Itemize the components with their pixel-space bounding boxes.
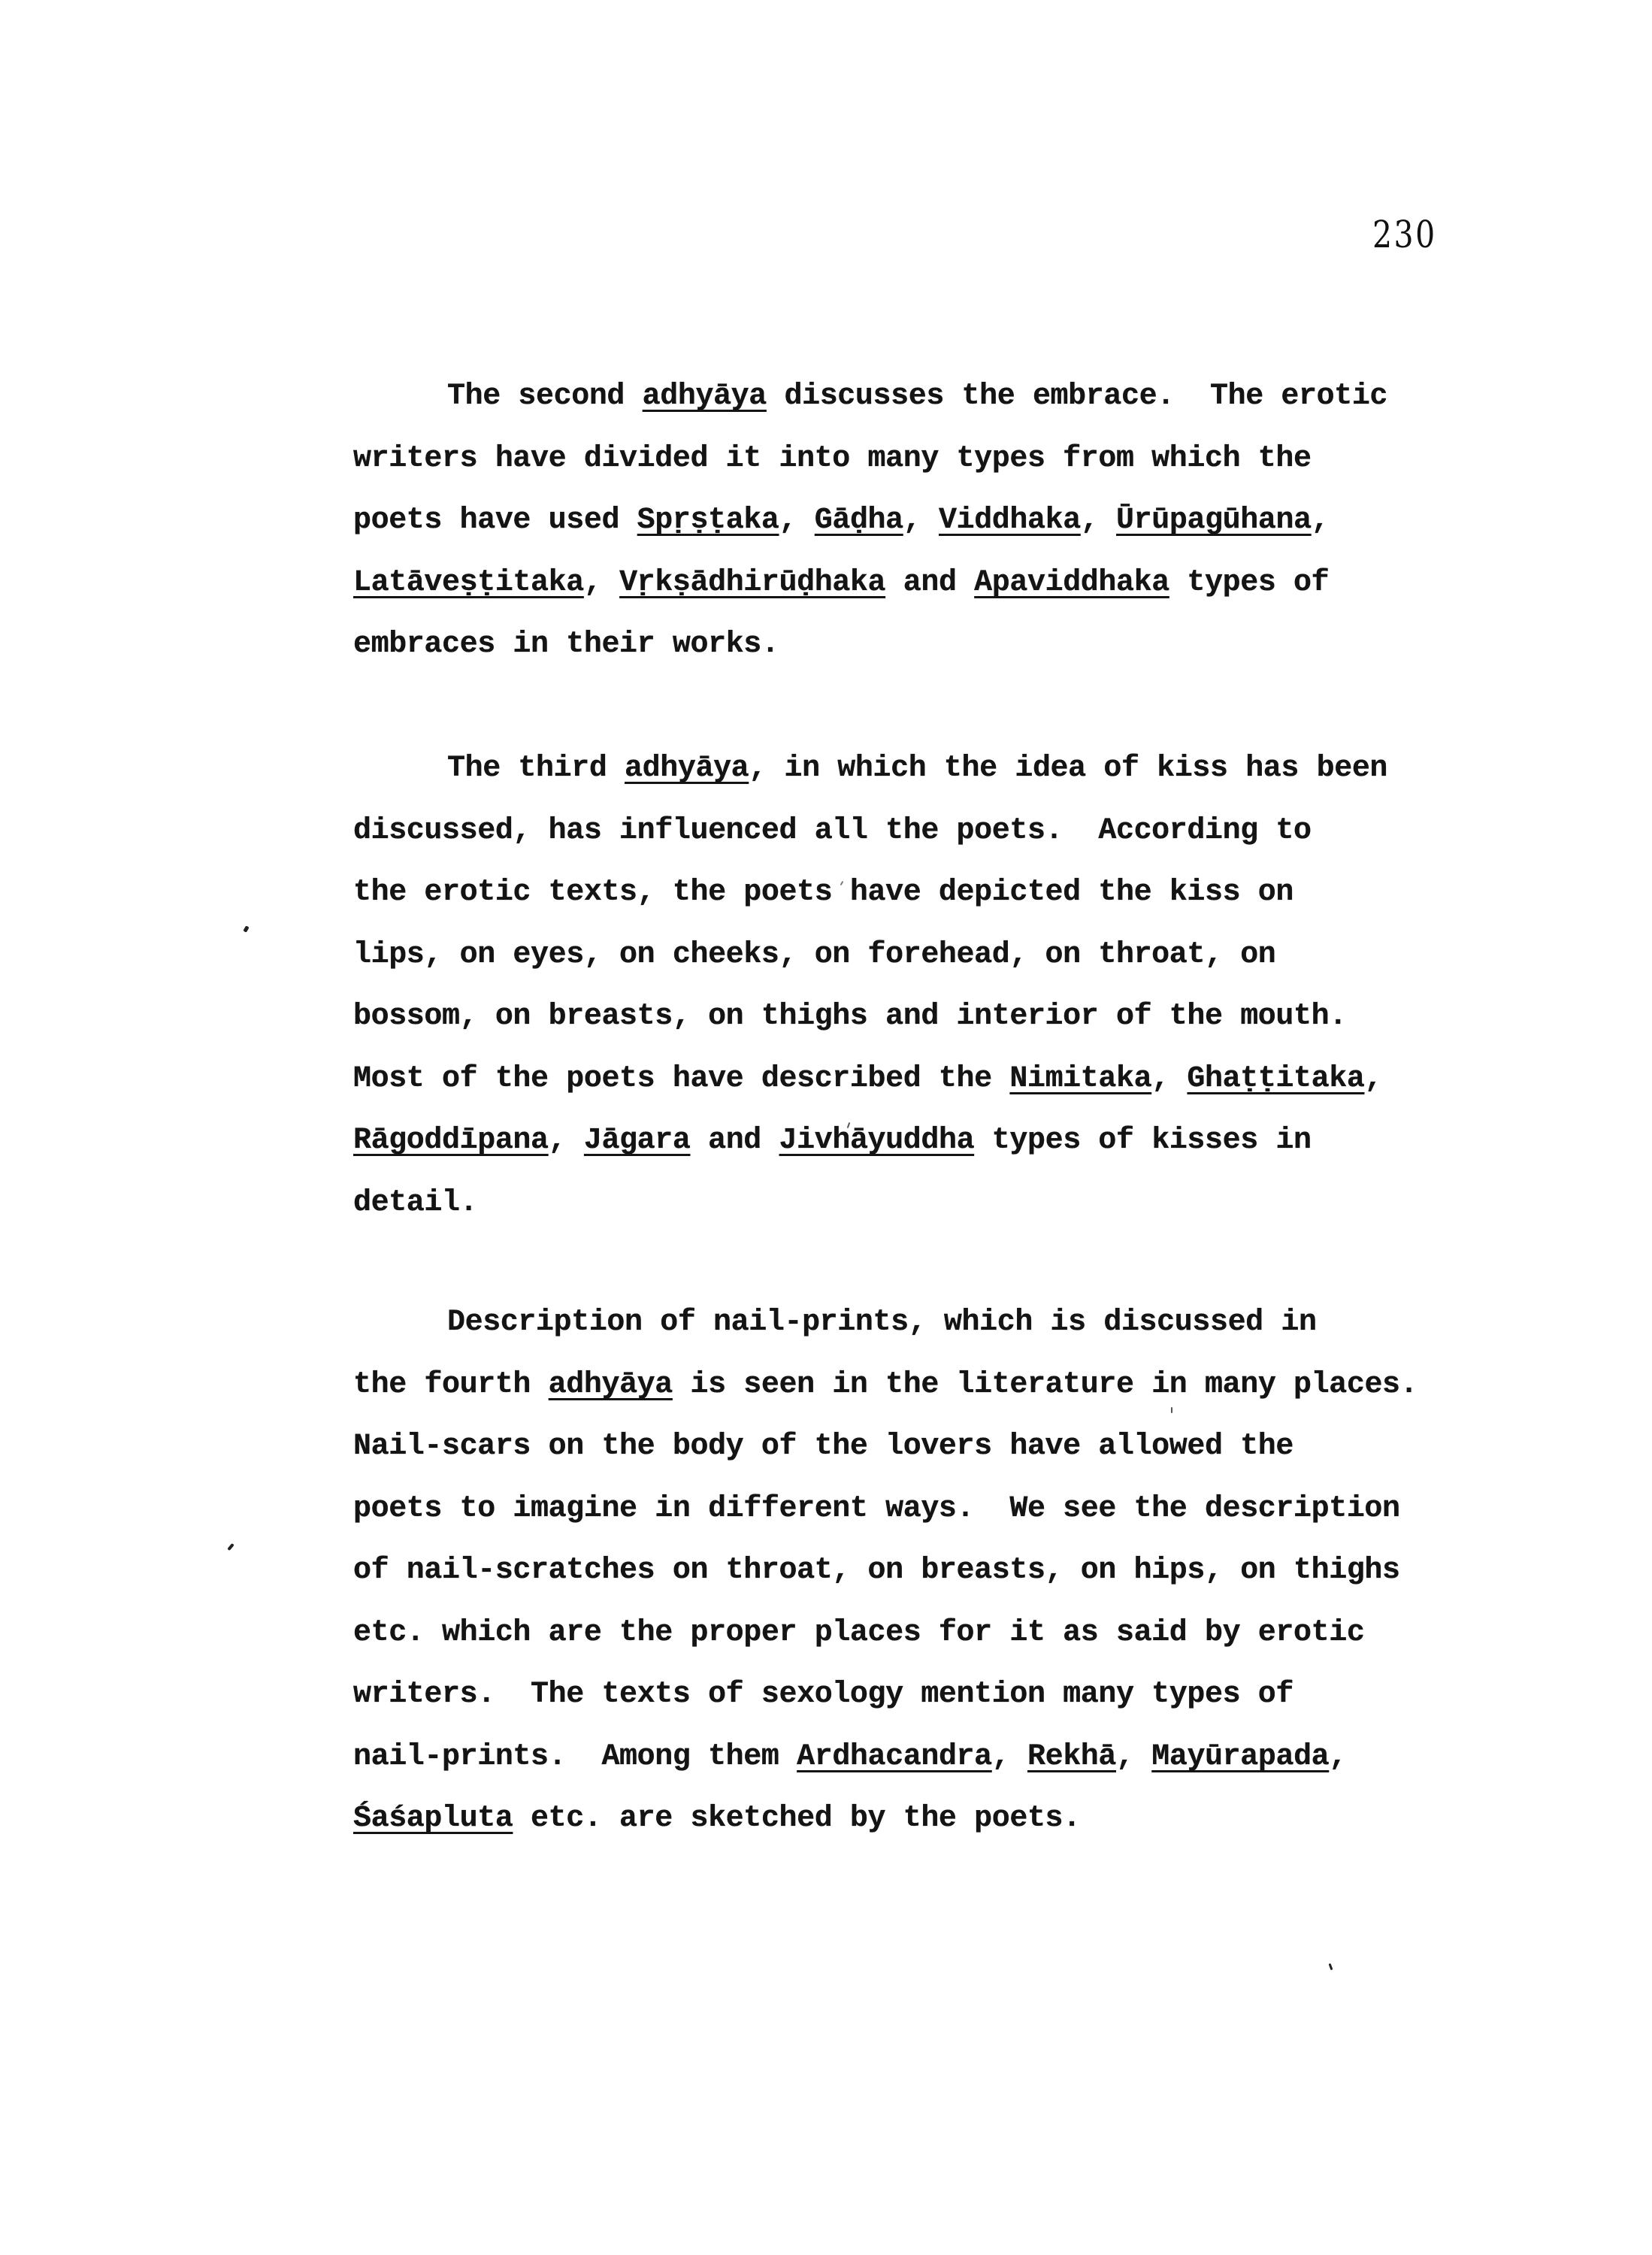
text-run: , (779, 504, 815, 537)
text-run: bossom, on breasts, on thighs and interi… (353, 1000, 1347, 1034)
sanskrit-term: Ardhacandra (797, 1740, 992, 1774)
text-run: , (1151, 1062, 1187, 1096)
scan-speck (227, 1543, 234, 1551)
text-run: and (691, 1124, 779, 1158)
text-run: poets to imagine in different ways. We s… (353, 1492, 1400, 1526)
paragraph-3-line: Nail-scars on the body of the lovers hav… (353, 1432, 1293, 1462)
text-run: , (1081, 504, 1116, 537)
paragraph-2-line: detail. (353, 1188, 477, 1218)
text-run: discusses the embrace. The erotic (767, 380, 1387, 413)
text-run: , (1116, 1740, 1151, 1774)
paragraph-3-line: writers. The texts of sexology mention m… (353, 1680, 1293, 1710)
paragraph-1-line: Latāveṣṭitaka, Vṛkṣādhirūḍhaka and Apavi… (353, 568, 1329, 598)
text-run: , (549, 1124, 584, 1158)
paragraph-3-line: of nail-scratches on throat, on breasts,… (353, 1556, 1400, 1586)
sanskrit-term: adhyāya (625, 752, 749, 785)
text-run: , (1364, 1062, 1382, 1096)
text-run: the fourth (353, 1368, 549, 1402)
sanskrit-term: Apaviddhaka (974, 566, 1169, 600)
text-run: is seen in the literature in many places… (673, 1368, 1418, 1402)
document-page: 230 The second adhyāya discusses the emb… (0, 0, 1652, 2255)
sanskrit-term: Vṛkṣādhirūḍhaka (619, 566, 885, 600)
sanskrit-term: Jāgara (584, 1124, 691, 1158)
text-run: , (992, 1740, 1027, 1774)
sanskrit-term: Rekhā (1027, 1740, 1116, 1774)
text-run: etc. are sketched by the poets. (513, 1802, 1080, 1836)
text-run: writers have divided it into many types … (353, 442, 1312, 476)
text-run: , in which the idea of kiss has been (749, 752, 1387, 785)
paragraph-1-line: embraces in their works. (353, 630, 779, 660)
paragraph-3-line: etc. which are the proper places for it … (353, 1618, 1364, 1648)
sanskrit-term: Spṛṣṭaka (637, 504, 779, 537)
text-run: embraces in their works. (353, 628, 779, 661)
paragraph-2-line: discussed, has influenced all the poets.… (353, 816, 1312, 846)
paragraph-2-line: Most of the poets have described the Nim… (353, 1064, 1382, 1094)
paragraph-2-line: bossom, on breasts, on thighs and interi… (353, 1002, 1347, 1032)
paragraph-1-line: poets have used Spṛṣṭaka, Gāḍha, Viddhak… (353, 506, 1329, 536)
scan-speck (1329, 1963, 1333, 1970)
text-run: lips, on eyes, on cheeks, on forehead, o… (353, 938, 1275, 972)
paragraph-3-line: Śaśapluta etc. are sketched by the poets… (353, 1804, 1081, 1834)
scan-speck (1171, 1407, 1172, 1413)
sanskrit-term: Jivhāyuddha (779, 1124, 975, 1158)
paragraph-3-line: poets to imagine in different ways. We s… (353, 1494, 1400, 1524)
paragraph-2-line: the erotic texts, the poets have depicte… (353, 878, 1293, 908)
text-run: of nail-scratches on throat, on breasts,… (353, 1554, 1400, 1588)
scan-speck (243, 925, 249, 932)
sanskrit-term: Ūrūpagūhana (1116, 504, 1312, 537)
text-run: Description of nail-prints, which is dis… (447, 1306, 1317, 1339)
sanskrit-term: Viddhaka (939, 504, 1081, 537)
text-run: discussed, has influenced all the poets.… (353, 814, 1312, 848)
text-run: nail-prints. Among them (353, 1740, 797, 1774)
text-run: , (1312, 504, 1330, 537)
text-run: etc. which are the proper places for it … (353, 1616, 1364, 1650)
text-run: Most of the poets have described the (353, 1062, 1009, 1096)
text-run: types of (1169, 566, 1329, 600)
sanskrit-term: Rāgoddīpana (353, 1124, 549, 1158)
paragraph-2-line: The third adhyāya, in which the idea of … (447, 754, 1387, 784)
text-run: The third (447, 752, 625, 785)
paragraph-2-line: lips, on eyes, on cheeks, on forehead, o… (353, 940, 1275, 970)
sanskrit-term: Śaśapluta (353, 1802, 513, 1836)
paragraph-3-line: the fourth adhyāya is seen in the litera… (353, 1370, 1418, 1400)
text-run: types of kisses in (974, 1124, 1311, 1158)
sanskrit-term: Nimitaka (1009, 1062, 1151, 1096)
text-run: The second (447, 380, 643, 413)
paragraph-2-line: Rāgoddīpana, Jāgara and Jivhāyuddha type… (353, 1126, 1312, 1156)
sanskrit-term: Mayūrapada (1151, 1740, 1329, 1774)
sanskrit-term: Ghaṭṭitaka (1187, 1062, 1364, 1096)
text-run: , (584, 566, 619, 600)
sanskrit-term: adhyāya (643, 380, 767, 413)
sanskrit-term: Latāveṣṭitaka (353, 566, 584, 600)
text-run: detail. (353, 1186, 477, 1220)
text-run: Nail-scars on the body of the lovers hav… (353, 1430, 1293, 1463)
paragraph-3-line: nail-prints. Among them Ardhacandra, Rek… (353, 1742, 1347, 1772)
text-run: the erotic texts, the poets have depicte… (353, 876, 1293, 910)
sanskrit-term: adhyāya (549, 1368, 673, 1402)
text-run: , (903, 504, 939, 537)
paragraph-3-line: Description of nail-prints, which is dis… (447, 1308, 1317, 1338)
text-run: poets have used (353, 504, 637, 537)
sanskrit-term: Gāḍha (815, 504, 903, 537)
text-run: writers. The texts of sexology mention m… (353, 1678, 1293, 1712)
paragraph-1-line: The second adhyāya discusses the embrace… (447, 382, 1387, 412)
text-run: and (885, 566, 974, 600)
page-number: 230 (1372, 213, 1437, 256)
paragraph-1-line: writers have divided it into many types … (353, 444, 1312, 474)
text-run: , (1329, 1740, 1347, 1774)
